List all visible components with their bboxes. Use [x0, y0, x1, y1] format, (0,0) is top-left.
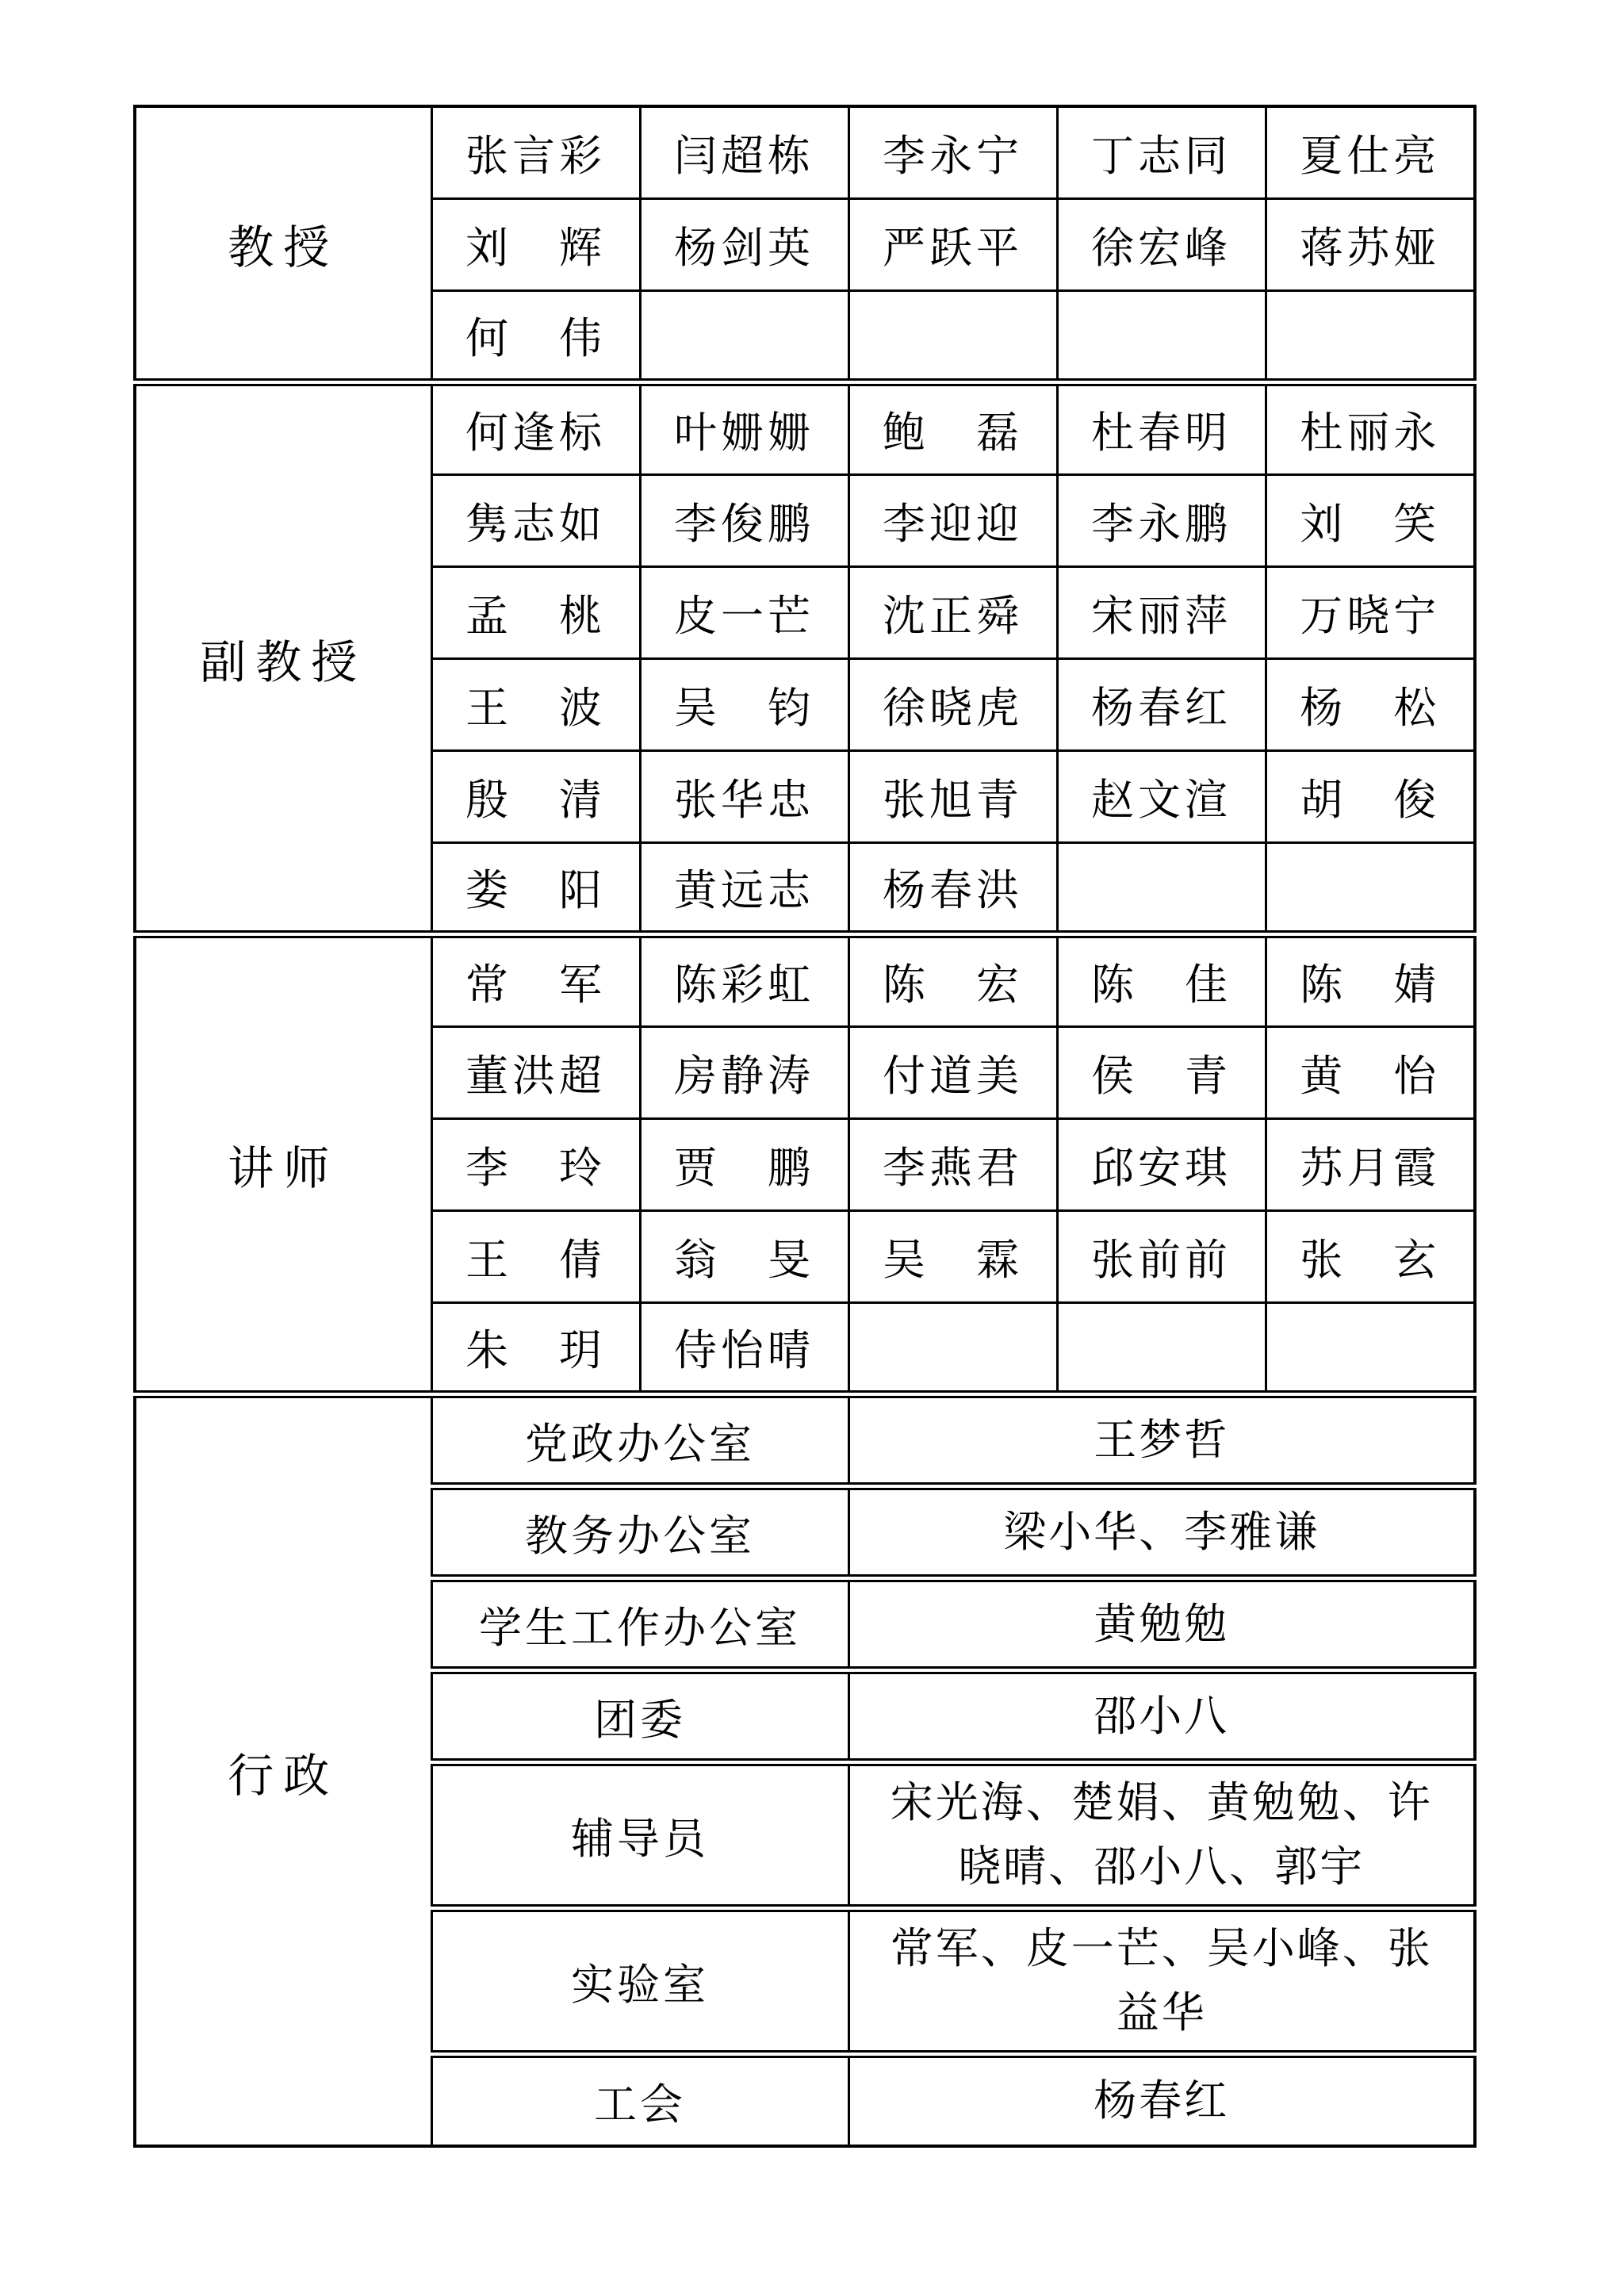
staff-name-cell: 朱 玥: [431, 1302, 640, 1394]
staff-name-cell: 常 军: [431, 934, 640, 1026]
office-name-cell: 教务办公室: [431, 1486, 848, 1578]
staff-name-cell: 陈 佳: [1057, 934, 1266, 1026]
office-name-cell: 团委: [431, 1670, 848, 1762]
empty-cell: [1266, 290, 1475, 382]
office-staff-cell: 宋光海、楚娟、黄勉勉、许晓晴、邵小八、郭宇: [848, 1762, 1475, 1908]
table-row: 教授张言彩闫超栋李永宁丁志同夏仕亮: [135, 106, 1475, 198]
staff-name-cell: 杜丽永: [1266, 382, 1475, 474]
staff-name-cell: 隽志如: [431, 474, 640, 566]
staff-name-cell: 刘 辉: [431, 198, 640, 290]
empty-cell: [1266, 842, 1475, 934]
staff-name-cell: 皮一芒: [640, 566, 848, 658]
staff-table-body: 教授张言彩闫超栋李永宁丁志同夏仕亮刘 辉杨剑英严跃平徐宏峰蒋苏娅何 伟副教授何逢…: [135, 106, 1475, 2146]
office-name-cell: 辅导员: [431, 1762, 848, 1908]
staff-name-cell: 胡 俊: [1266, 750, 1475, 842]
staff-name-cell: 张言彩: [431, 106, 640, 198]
office-name-cell: 工会: [431, 2054, 848, 2146]
staff-name-cell: 邱安琪: [1057, 1118, 1266, 1210]
staff-name-cell: 殷 清: [431, 750, 640, 842]
staff-name-cell: 叶姗姗: [640, 382, 848, 474]
staff-name-cell: 杨剑英: [640, 198, 848, 290]
category-cell-lecturer: 讲师: [135, 934, 431, 1394]
table-row: 副教授何逢标叶姗姗鲍 磊杜春明杜丽永: [135, 382, 1475, 474]
empty-cell: [1057, 842, 1266, 934]
office-staff-cell: 杨春红: [848, 2054, 1475, 2146]
staff-name-cell: 杜春明: [1057, 382, 1266, 474]
staff-name-cell: 杨春红: [1057, 658, 1266, 750]
category-cell-administration: 行政: [135, 1394, 431, 2146]
staff-name-cell: 张华忠: [640, 750, 848, 842]
staff-name-cell: 贾 鹏: [640, 1118, 848, 1210]
staff-name-cell: 丁志同: [1057, 106, 1266, 198]
staff-name-cell: 闫超栋: [640, 106, 848, 198]
staff-name-cell: 李俊鹏: [640, 474, 848, 566]
staff-name-cell: 徐宏峰: [1057, 198, 1266, 290]
staff-name-cell: 杨春洪: [848, 842, 1057, 934]
staff-name-cell: 杨 松: [1266, 658, 1475, 750]
staff-name-cell: 董洪超: [431, 1026, 640, 1118]
staff-name-cell: 李迎迎: [848, 474, 1057, 566]
staff-name-cell: 张 玄: [1266, 1210, 1475, 1302]
empty-cell: [1057, 290, 1266, 382]
staff-name-cell: 徐晓虎: [848, 658, 1057, 750]
staff-name-cell: 沈正舜: [848, 566, 1057, 658]
staff-name-cell: 夏仕亮: [1266, 106, 1475, 198]
staff-name-cell: 苏月霞: [1266, 1118, 1475, 1210]
table-row: 行政党政办公室王梦哲: [135, 1394, 1475, 1486]
staff-name-cell: 王 波: [431, 658, 640, 750]
office-staff-cell: 邵小八: [848, 1670, 1475, 1762]
office-name-cell: 党政办公室: [431, 1394, 848, 1486]
staff-name-cell: 孟 桃: [431, 566, 640, 658]
staff-name-cell: 吴 霖: [848, 1210, 1057, 1302]
office-name-cell: 学生工作办公室: [431, 1578, 848, 1670]
staff-name-cell: 赵文渲: [1057, 750, 1266, 842]
staff-name-cell: 侍怡晴: [640, 1302, 848, 1394]
category-cell-professor: 教授: [135, 106, 431, 382]
staff-name-cell: 吴 钧: [640, 658, 848, 750]
staff-name-cell: 李永宁: [848, 106, 1057, 198]
staff-name-cell: 刘 笑: [1266, 474, 1475, 566]
staff-table: 教授张言彩闫超栋李永宁丁志同夏仕亮刘 辉杨剑英严跃平徐宏峰蒋苏娅何 伟副教授何逢…: [133, 105, 1477, 2148]
staff-name-cell: 娄 阳: [431, 842, 640, 934]
staff-name-cell: 李永鹏: [1057, 474, 1266, 566]
empty-cell: [1057, 1302, 1266, 1394]
staff-name-cell: 黄远志: [640, 842, 848, 934]
staff-name-cell: 王 倩: [431, 1210, 640, 1302]
office-staff-cell: 常军、皮一芒、吴小峰、张益华: [848, 1908, 1475, 2054]
staff-name-cell: 李 玲: [431, 1118, 640, 1210]
staff-name-cell: 黄 怡: [1266, 1026, 1475, 1118]
staff-name-cell: 陈 宏: [848, 934, 1057, 1026]
staff-name-cell: 万晓宁: [1266, 566, 1475, 658]
staff-name-cell: 李燕君: [848, 1118, 1057, 1210]
empty-cell: [848, 290, 1057, 382]
table-row: 讲师常 军陈彩虹陈 宏陈 佳陈 婧: [135, 934, 1475, 1026]
staff-name-cell: 房静涛: [640, 1026, 848, 1118]
staff-name-cell: 张旭青: [848, 750, 1057, 842]
staff-name-cell: 何逢标: [431, 382, 640, 474]
office-staff-cell: 梁小华、李雅谦: [848, 1486, 1475, 1578]
staff-name-cell: 何 伟: [431, 290, 640, 382]
staff-name-cell: 宋丽萍: [1057, 566, 1266, 658]
empty-cell: [640, 290, 848, 382]
office-name-cell: 实验室: [431, 1908, 848, 2054]
staff-name-cell: 陈 婧: [1266, 934, 1475, 1026]
staff-name-cell: 侯 青: [1057, 1026, 1266, 1118]
staff-name-cell: 鲍 磊: [848, 382, 1057, 474]
office-staff-cell: 王梦哲: [848, 1394, 1475, 1486]
empty-cell: [1266, 1302, 1475, 1394]
staff-name-cell: 蒋苏娅: [1266, 198, 1475, 290]
staff-name-cell: 严跃平: [848, 198, 1057, 290]
staff-name-cell: 付道美: [848, 1026, 1057, 1118]
document-page: 教授张言彩闫超栋李永宁丁志同夏仕亮刘 辉杨剑英严跃平徐宏峰蒋苏娅何 伟副教授何逢…: [0, 0, 1624, 2296]
staff-name-cell: 翁 旻: [640, 1210, 848, 1302]
staff-name-cell: 陈彩虹: [640, 934, 848, 1026]
office-staff-cell: 黄勉勉: [848, 1578, 1475, 1670]
empty-cell: [848, 1302, 1057, 1394]
staff-name-cell: 张前前: [1057, 1210, 1266, 1302]
category-cell-associate-professor: 副教授: [135, 382, 431, 934]
